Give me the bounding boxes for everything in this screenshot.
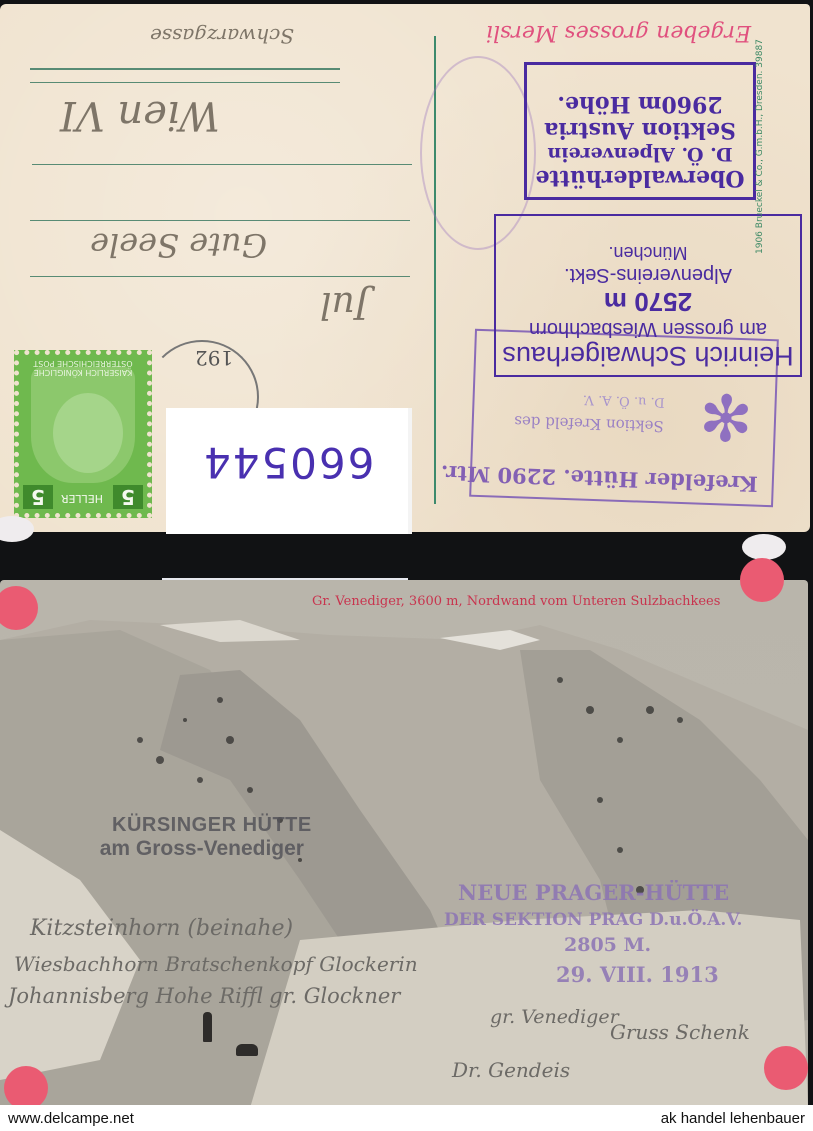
stamp-line: 2570 m	[496, 286, 800, 317]
handwriting-line: Johannisberg Hohe Riffl gr. Glockner	[8, 984, 400, 1008]
climber-sitting	[236, 1044, 258, 1056]
stamp-line: Alpenvereins-Sekt.	[496, 263, 800, 286]
stamp-line: KÜRSINGER HÜTTE	[112, 814, 312, 837]
stamp-line: DER SEKTION PRAG D.u.Ö.A.V.	[444, 910, 742, 930]
pencil-note-top: Schwarzgasse	[150, 24, 294, 48]
pencil-note-name: Gute Seele	[90, 226, 267, 264]
corner-mount	[764, 1046, 808, 1090]
stamp-line: am Gross-Venediger	[92, 837, 312, 861]
handwriting-line: Wiesbachhorn Bratschenkopf Glockerin	[14, 952, 418, 976]
address-line	[32, 164, 412, 165]
reference-label: 660544	[166, 408, 408, 534]
stamp-line: Sektion Austria	[527, 117, 753, 143]
stamp-line: am grossen Wiesbachhorn	[496, 317, 800, 340]
edelweiss-icon: ✻	[689, 378, 763, 452]
stamp-line: D. Ö. Alpenverein	[527, 143, 753, 165]
kursinger-hut-stamp: KÜRSINGER HÜTTE am Gross-Venediger	[112, 814, 312, 861]
scan-background: Schwarzgasse Wien VI Gute Seele Jul Erge…	[0, 0, 813, 1105]
stamp-line: Heinrich Schwaigerhaus	[496, 340, 800, 371]
stamp-value: 5	[113, 485, 143, 509]
postmark-number: 192	[195, 346, 233, 370]
stamp-line: NEUE PRAGER-HÜTTE	[458, 880, 729, 905]
address-line	[30, 82, 340, 83]
postcard-front: Gr. Venediger, 3600 m, Nordwand vom Unte…	[0, 580, 808, 1105]
stamp-inscription: KAISERLICH KÖNIGLICHE ÖSTERREICHISCHE PO…	[23, 359, 143, 377]
printer-imprint: 1906 Brueckel & Co., G.m.b.H., Dresden. …	[755, 39, 765, 254]
oberwalder-hut-stamp: Oberwalderhütte D. Ö. Alpenverein Sektio…	[524, 62, 756, 200]
pencil-note-bottom: Jul	[320, 284, 369, 325]
stamp-line: Sektion Krefeld des	[514, 412, 664, 435]
postage-stamp: 5 HELLER 5 KAISERLICH KÖNIGLICHE ÖSTERRE…	[14, 350, 152, 518]
corner-mount	[740, 558, 784, 602]
stamp-line: 2805 M.	[564, 934, 651, 956]
stamp-line: D. u. Ö. A. V.	[582, 392, 664, 410]
stamp-unit: HELLER	[61, 492, 103, 505]
handwriting-line: gr. Venediger	[490, 1006, 619, 1028]
pink-handwriting: Ergeben grosses Mersli	[486, 20, 751, 45]
signature: Dr. Gendeis	[452, 1058, 570, 1082]
address-line	[30, 220, 410, 221]
corner-mount	[0, 516, 34, 542]
reference-number: 660544	[202, 438, 374, 487]
photo-caption: Gr. Venediger, 3600 m, Nordwand vom Unte…	[312, 594, 720, 609]
corner-mount	[742, 534, 786, 560]
stamp-value: 5	[23, 485, 53, 509]
stamp-line: Krefelder Hütte. 2290 Mtr.	[440, 461, 758, 497]
stamp-date: 29. VIII. 1913	[556, 962, 719, 987]
postcard-back: Schwarzgasse Wien VI Gute Seele Jul Erge…	[0, 4, 810, 532]
corner-mount	[4, 1066, 48, 1105]
stamp-line: Oberwalderhütte	[527, 165, 753, 191]
address-line	[30, 68, 340, 70]
climber-standing	[203, 1012, 212, 1042]
handwriting-line: Kitzsteinhorn (beinahe)	[30, 916, 293, 941]
address-line	[30, 276, 410, 277]
stamp-line: 2960m Höhe.	[527, 91, 753, 117]
stamp-portrait-icon	[53, 393, 123, 473]
watermark-seller: ak handel lehenbauer	[661, 1110, 805, 1127]
pencil-note-city: Wien VI	[60, 92, 220, 138]
handwriting-line: Gruss Schenk	[610, 1020, 750, 1044]
watermark-site: www.delcampe.net	[8, 1110, 134, 1127]
